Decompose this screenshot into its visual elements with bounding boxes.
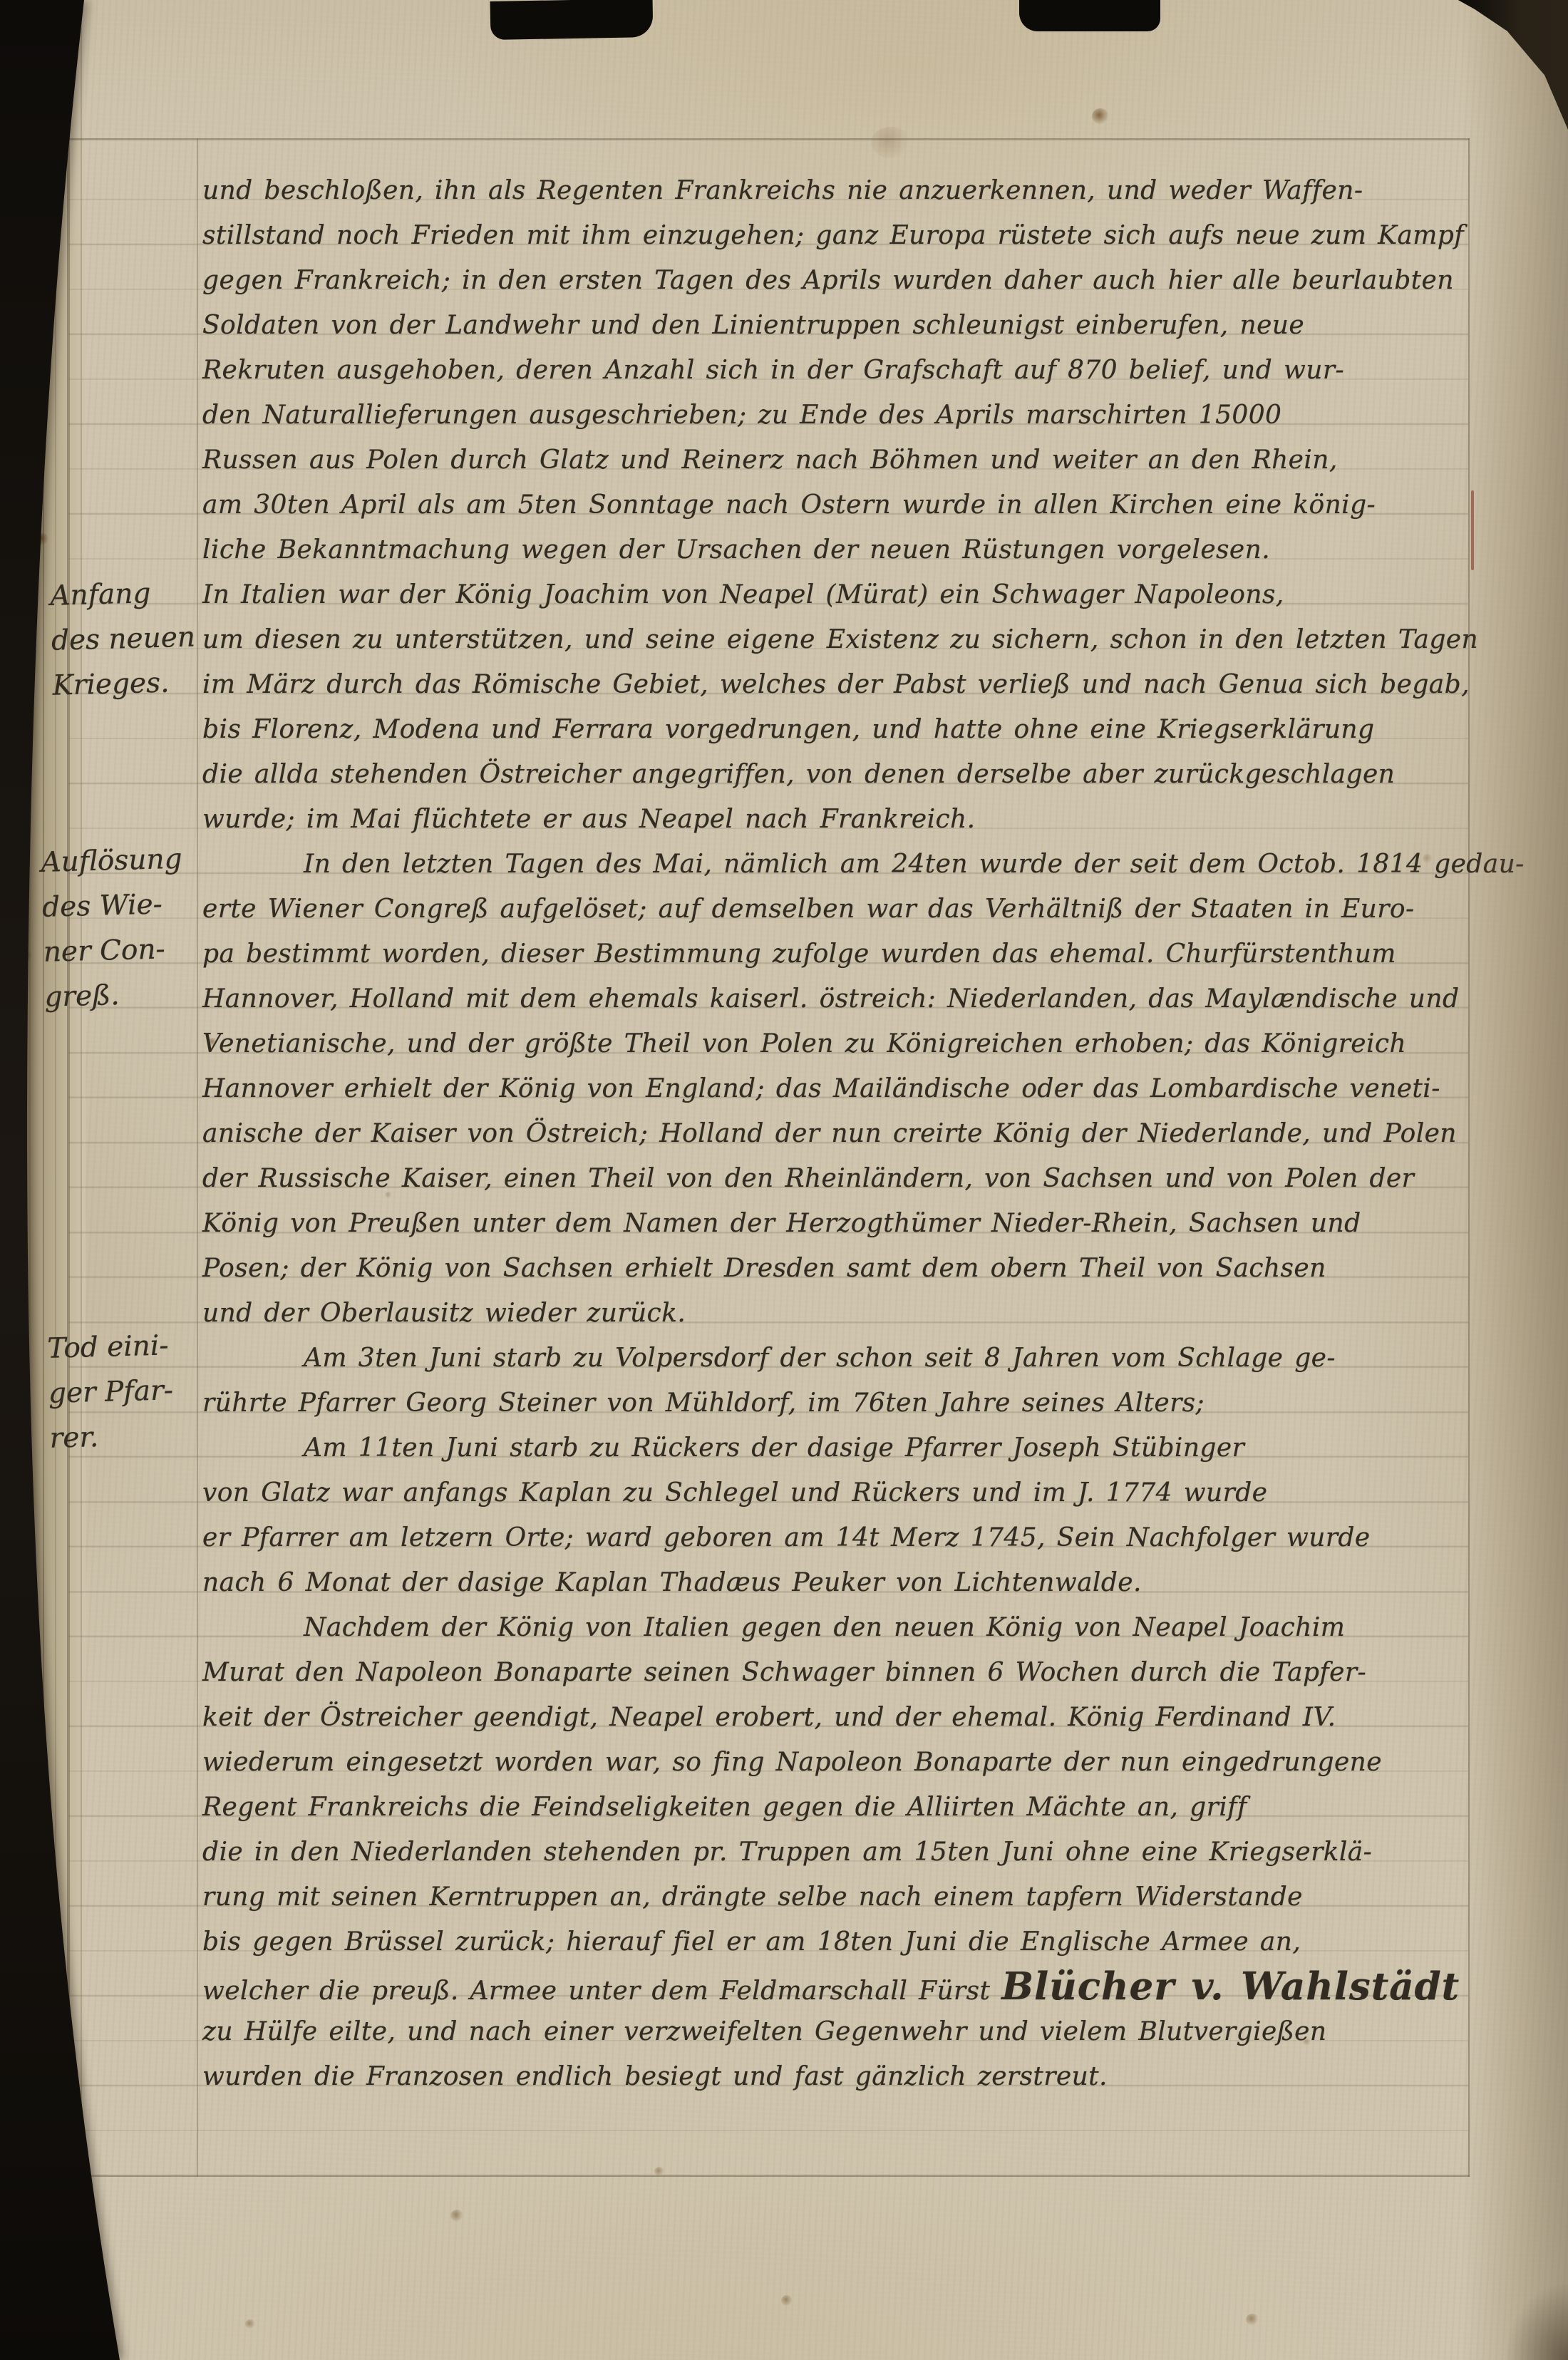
line-text: erte Wiener Congreß aufgelöset; auf dems… — [202, 895, 1415, 924]
line-text: Soldaten von der Landwehr und den Linien… — [202, 311, 1304, 340]
line-text: nach 6 Monat der dasige Kaplan Thadæus P… — [202, 1568, 1142, 1597]
manuscript-line: welcher die preuß. Armee unter dem Feldm… — [202, 1964, 1461, 2009]
fox-spot — [871, 127, 911, 158]
manuscript-line: Regent Frankreichs die Feindseligkeiten … — [202, 1785, 1461, 1830]
line-text: Am 3ten Juni starb zu Volpersdorf der sc… — [304, 1344, 1336, 1373]
line-text: er Pfarrer am letzern Orte; ward geboren… — [202, 1523, 1371, 1552]
emphasized-name: Blücher v. Wahlstädt — [1001, 1964, 1460, 2009]
manuscript-line: er Pfarrer am letzern Orte; ward geboren… — [202, 1515, 1461, 1560]
line-text: Venetianische, und der größte Theil von … — [202, 1029, 1406, 1058]
scan-edge-shadow — [1019, 0, 1160, 31]
line-text: Murat den Napoleon Bonaparte seinen Schw… — [202, 1658, 1366, 1687]
line-text: der Russische Kaiser, einen Theil von de… — [202, 1164, 1414, 1193]
margin-divider-line — [197, 138, 198, 2177]
line-text: und der Oberlausitz wieder zurück. — [202, 1299, 686, 1328]
line-text: rung mit seinen Kerntruppen an, drängte … — [202, 1882, 1303, 1912]
manuscript-line: In Italien war der König Joachim von Nea… — [202, 572, 1461, 617]
fox-spot — [450, 2210, 463, 2222]
manuscript-line: wurden die Franzosen endlich besiegt und… — [202, 2054, 1461, 2099]
manuscript-line: keit der Östreicher geendigt, Neapel ero… — [202, 1695, 1461, 1740]
line-text: Am 11ten Juni starb zu Rückers der dasig… — [304, 1433, 1244, 1463]
line-text: In Italien war der König Joachim von Nea… — [202, 580, 1284, 609]
manuscript-line: Posen; der König von Sachsen erhielt Dre… — [202, 1246, 1461, 1291]
manuscript-line: zu Hülfe eilte, und nach einer verzweife… — [202, 2009, 1461, 2054]
line-text: um diesen zu unterstützen, und seine eig… — [202, 625, 1478, 654]
line-text: Hannover erhielt der König von England; … — [202, 1074, 1440, 1103]
line-text: den Naturallieferungen ausgeschrieben; z… — [202, 401, 1281, 430]
manuscript-body-text: und beschloßen, ihn als Regenten Frankre… — [202, 168, 1461, 2099]
line-text: Posen; der König von Sachsen erhielt Dre… — [202, 1254, 1326, 1283]
line-text: zu Hülfe eilte, und nach einer verzweife… — [202, 2017, 1326, 2046]
manuscript-line: gegen Frankreich; in den ersten Tagen de… — [202, 258, 1461, 303]
line-text: pa bestimmt worden, dieser Bestimmung zu… — [202, 939, 1396, 969]
line-text: von Glatz war anfangs Kaplan zu Schlegel… — [202, 1478, 1267, 1508]
manuscript-line: nach 6 Monat der dasige Kaplan Thadæus P… — [202, 1560, 1461, 1605]
line-text: die allda stehenden Östreicher angegriff… — [202, 760, 1395, 789]
line-text: bis Florenz, Modena und Ferrara vorgedru… — [202, 715, 1374, 744]
fox-spot — [245, 2319, 255, 2329]
manuscript-line: am 30ten April als am 5ten Sonntage nach… — [202, 483, 1461, 527]
fox-spot — [1246, 2314, 1259, 2325]
line-text: stillstand noch Frieden mit ihm einzugeh… — [202, 221, 1464, 250]
manuscript-line: bis gegen Brüssel zurück; hierauf fiel e… — [202, 1920, 1461, 1964]
manuscript-line: König von Preußen unter dem Namen der He… — [202, 1201, 1461, 1246]
manuscript-line: und beschloßen, ihn als Regenten Frankre… — [202, 168, 1461, 213]
line-text: bis gegen Brüssel zurück; hierauf fiel e… — [202, 1927, 1301, 1957]
manuscript-line: wiederum eingesetzt worden war, so fing … — [202, 1740, 1461, 1785]
fox-spot — [1092, 108, 1109, 124]
manuscript-line: stillstand noch Frieden mit ihm einzugeh… — [202, 213, 1461, 258]
line-text: liche Bekanntmachung wegen der Ursachen … — [202, 535, 1270, 565]
manuscript-line: Am 11ten Juni starb zu Rückers der dasig… — [202, 1426, 1461, 1470]
manuscript-line: den Naturallieferungen ausgeschrieben; z… — [202, 393, 1461, 438]
line-text: Rekruten ausgehoben, deren Anzahl sich i… — [202, 356, 1344, 385]
manuscript-line: bis Florenz, Modena und Ferrara vorgedru… — [202, 707, 1461, 752]
scanned-manuscript-page: Anfangdes neuenKrieges. Auflösungdes Wie… — [0, 0, 1568, 2360]
page-curvature-shade — [1461, 0, 1568, 2360]
frame-line-top — [67, 138, 1470, 140]
manuscript-line: und der Oberlausitz wieder zurück. — [202, 1291, 1461, 1336]
line-text: Regent Frankreichs die Feindseligkeiten … — [202, 1793, 1247, 1822]
fox-spot — [781, 2295, 793, 2306]
manuscript-line: liche Bekanntmachung wegen der Ursachen … — [202, 527, 1461, 572]
line-text: gegen Frankreich; in den ersten Tagen de… — [202, 266, 1454, 295]
manuscript-line: Nachdem der König von Italien gegen den … — [202, 1605, 1461, 1650]
line-text: welcher die preuß. Armee unter dem Feldm… — [202, 1977, 1001, 2006]
manuscript-line: im März durch das Römische Gebiet, welch… — [202, 662, 1461, 707]
fox-spot — [654, 2167, 664, 2176]
manuscript-line: pa bestimmt worden, dieser Bestimmung zu… — [202, 932, 1461, 977]
manuscript-line: Am 3ten Juni starb zu Volpersdorf der sc… — [202, 1336, 1461, 1381]
line-text: wurde; im Mai flüchtete er aus Neapel na… — [202, 805, 975, 834]
line-text: In den letzten Tagen des Mai, nämlich am… — [304, 850, 1525, 879]
manuscript-line: rührte Pfarrer Georg Steiner von Mühldor… — [202, 1381, 1461, 1426]
line-text: anische der Kaiser von Östreich; Holland… — [202, 1119, 1457, 1148]
line-text: wurden die Franzosen endlich besiegt und… — [202, 2062, 1108, 2091]
manuscript-line: um diesen zu unterstützen, und seine eig… — [202, 617, 1461, 662]
manuscript-line: Hannover, Holland mit dem ehemals kaiser… — [202, 977, 1461, 1021]
line-text: im März durch das Römische Gebiet, welch… — [202, 670, 1470, 699]
manuscript-line: der Russische Kaiser, einen Theil von de… — [202, 1156, 1461, 1201]
line-text: die in den Niederlanden stehenden pr. Tr… — [202, 1838, 1372, 1867]
line-text: rührte Pfarrer Georg Steiner von Mühldor… — [202, 1388, 1205, 1418]
manuscript-line: die allda stehenden Östreicher angegriff… — [202, 752, 1461, 797]
red-ink-streak — [1471, 490, 1474, 570]
scan-edge-shadow — [490, 0, 654, 40]
manuscript-line: Russen aus Polen durch Glatz und Reinerz… — [202, 438, 1461, 483]
frame-line-bottom — [67, 2175, 1470, 2177]
line-text: Russen aus Polen durch Glatz und Reinerz… — [202, 445, 1338, 475]
manuscript-line: Soldaten von der Landwehr und den Linien… — [202, 303, 1461, 348]
line-text: keit der Östreicher geendigt, Neapel ero… — [202, 1703, 1336, 1732]
manuscript-line: Rekruten ausgehoben, deren Anzahl sich i… — [202, 348, 1461, 393]
manuscript-line: Venetianische, und der größte Theil von … — [202, 1021, 1461, 1066]
line-text: wiederum eingesetzt worden war, so fing … — [202, 1748, 1382, 1777]
manuscript-line: von Glatz war anfangs Kaplan zu Schlegel… — [202, 1470, 1461, 1515]
line-text: und beschloßen, ihn als Regenten Frankre… — [202, 176, 1363, 205]
line-text: König von Preußen unter dem Namen der He… — [202, 1209, 1361, 1238]
manuscript-line: rung mit seinen Kerntruppen an, drängte … — [202, 1875, 1461, 1920]
line-text: Nachdem der König von Italien gegen den … — [304, 1613, 1345, 1642]
manuscript-line: Hannover erhielt der König von England; … — [202, 1066, 1461, 1111]
manuscript-line: die in den Niederlanden stehenden pr. Tr… — [202, 1830, 1461, 1875]
manuscript-line: anische der Kaiser von Östreich; Holland… — [202, 1111, 1461, 1156]
manuscript-line: wurde; im Mai flüchtete er aus Neapel na… — [202, 797, 1461, 842]
manuscript-line: erte Wiener Congreß aufgelöset; auf dems… — [202, 887, 1461, 932]
manuscript-line: Murat den Napoleon Bonaparte seinen Schw… — [202, 1650, 1461, 1695]
book-binding — [0, 0, 164, 2360]
line-text: am 30ten April als am 5ten Sonntage nach… — [202, 490, 1376, 520]
line-text: Hannover, Holland mit dem ehemals kaiser… — [202, 984, 1459, 1014]
manuscript-line: In den letzten Tagen des Mai, nämlich am… — [202, 842, 1461, 887]
